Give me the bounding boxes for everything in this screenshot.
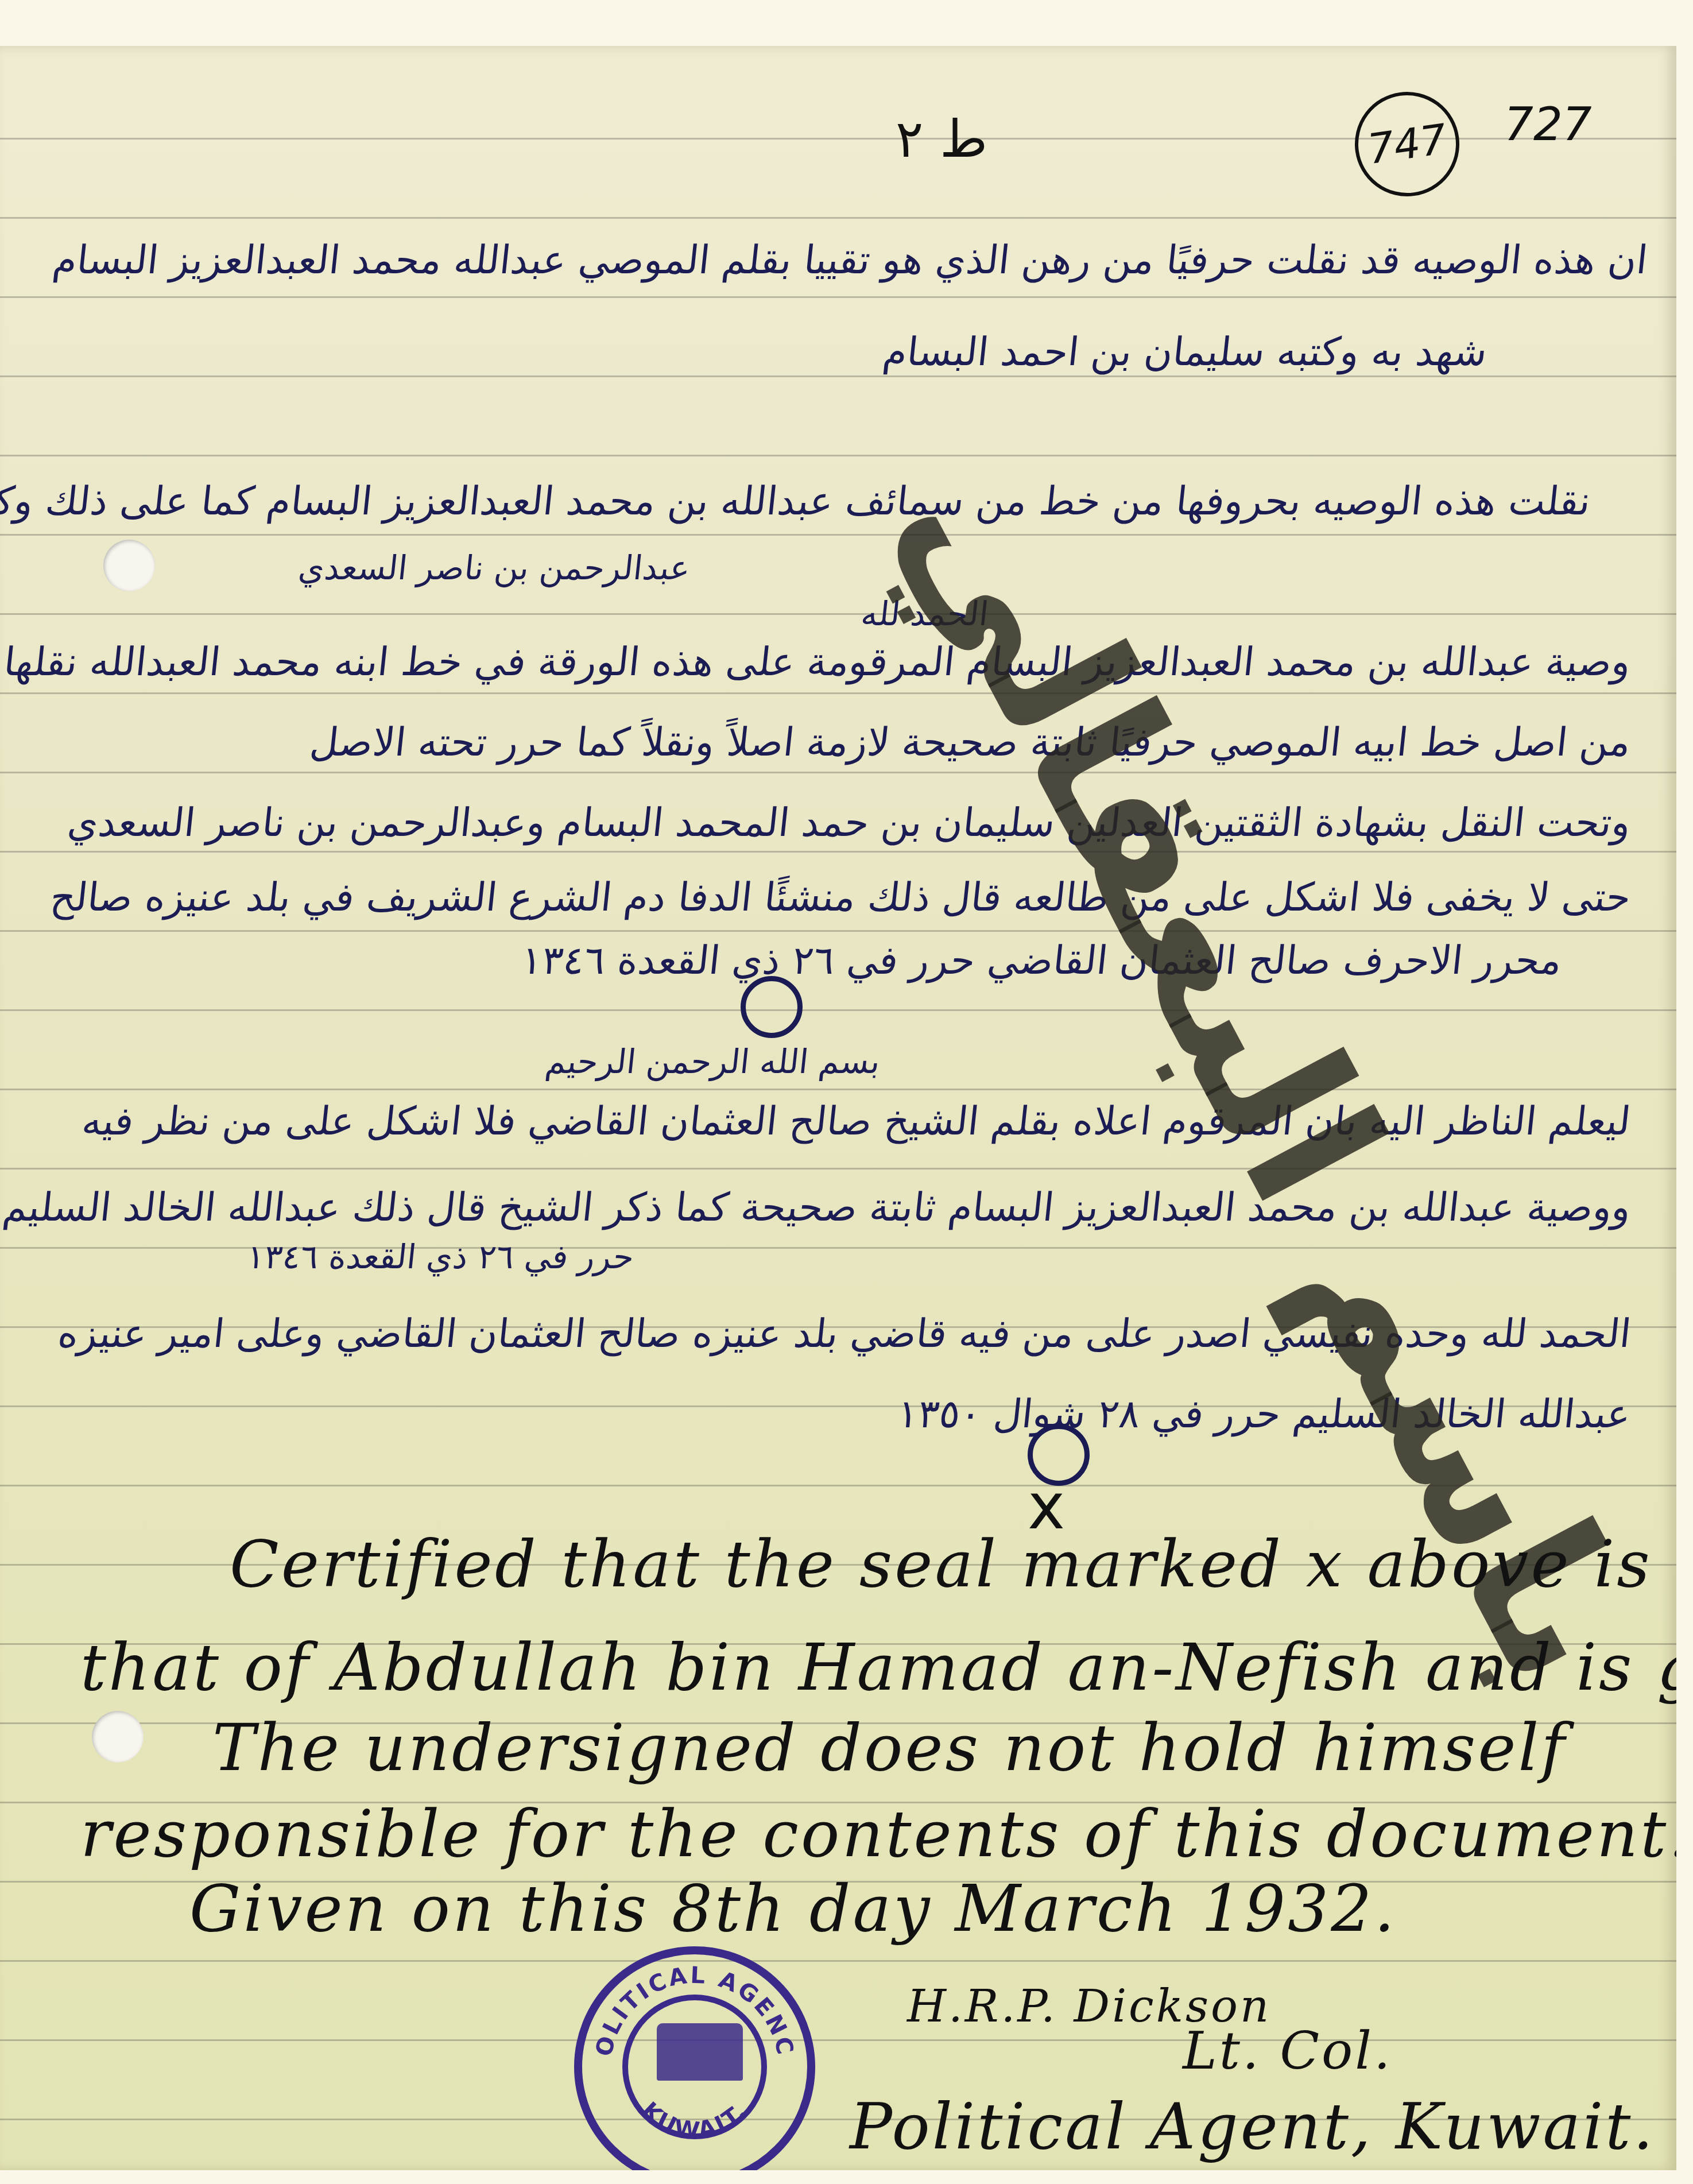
circled-folio-number: 747 bbox=[1355, 92, 1459, 196]
arabic-line: محرر الاحرف صالح العثمان القاضي حرر في ٢… bbox=[519, 942, 1563, 981]
seal-circle-mark bbox=[741, 976, 803, 1038]
ruled-line bbox=[0, 613, 1676, 615]
certificate-line: Certified that the seal marked x above i… bbox=[230, 1527, 1652, 1602]
arabic-line: ان هذه الوصيه قد نقلت حرفيًا من رهن الذي… bbox=[51, 241, 1650, 280]
arabic-line: وصية عبدالله بن محمد العبدالعزيز البسام … bbox=[2, 643, 1632, 682]
arabic-signature-line: عبدالرحمن بن ناصر السعدي bbox=[297, 551, 692, 584]
political-agency-stamp: POLITICAL AGENCY KUWAIT. bbox=[574, 1946, 815, 2170]
ruled-line bbox=[0, 772, 1676, 773]
certificate-line: responsible for the contents of this doc… bbox=[80, 1797, 1676, 1872]
document-page: ط ٢ 747 727 ان هذه الوصيه قد نقلت حرفيًا… bbox=[0, 46, 1676, 2170]
arabic-line: نقلت هذه الوصيه بحروفها من خط من سمائف ع… bbox=[0, 482, 1593, 521]
signature-rank: Lt. Col. bbox=[1183, 2021, 1393, 2081]
arabic-line: شهد به وكتبه سليمان بن احمد البسام bbox=[881, 333, 1489, 372]
ruled-line bbox=[0, 851, 1676, 853]
arabic-line: وتحت النقل بشهادة الثقتين العدلين سليمان… bbox=[65, 804, 1632, 843]
punch-hole bbox=[103, 540, 155, 591]
punch-hole bbox=[92, 1711, 144, 1763]
ruled-line bbox=[0, 455, 1676, 456]
arabic-heading: بسم الله الرحمن الرحيم bbox=[544, 1045, 882, 1078]
ruled-line bbox=[0, 534, 1676, 536]
arabic-line: حتى لا يخفى فلا اشكل على من طالعه قال ذل… bbox=[48, 878, 1632, 917]
certificate-line: that of Abdullah bin Hamad an-Nefish and… bbox=[80, 1631, 1676, 1705]
svg-text:KUWAIT.: KUWAIT. bbox=[636, 2097, 753, 2144]
ruled-line bbox=[0, 930, 1676, 932]
ruled-line bbox=[0, 2039, 1676, 2041]
ruled-line bbox=[0, 1009, 1676, 1011]
ruled-line bbox=[0, 1089, 1676, 1090]
ruled-line bbox=[0, 692, 1676, 694]
arabic-folio-mark: ط ٢ bbox=[896, 109, 987, 169]
ruled-line bbox=[0, 296, 1676, 298]
certificate-date: Given on this 8th day March 1932. bbox=[189, 1872, 1397, 1946]
ruled-line bbox=[0, 375, 1676, 377]
signature-title: Political Agent, Kuwait. bbox=[850, 2090, 1656, 2163]
certificate-line: The undersigned does not hold himself bbox=[212, 1711, 1567, 1786]
arabic-date-line: حرر في ٢٦ ذي القعدة ١٣٤٦ bbox=[245, 1240, 636, 1273]
ruled-line bbox=[0, 217, 1676, 219]
watermark: باسم البعقالي bbox=[859, 434, 1676, 1716]
stamp-ring-text: POLITICAL AGENCY KUWAIT. bbox=[582, 1954, 807, 2170]
pencil-folio-number: 727 bbox=[1504, 98, 1592, 151]
svg-text:POLITICAL AGENCY: POLITICAL AGENCY bbox=[582, 1954, 799, 2059]
ruled-line bbox=[0, 1960, 1676, 1962]
